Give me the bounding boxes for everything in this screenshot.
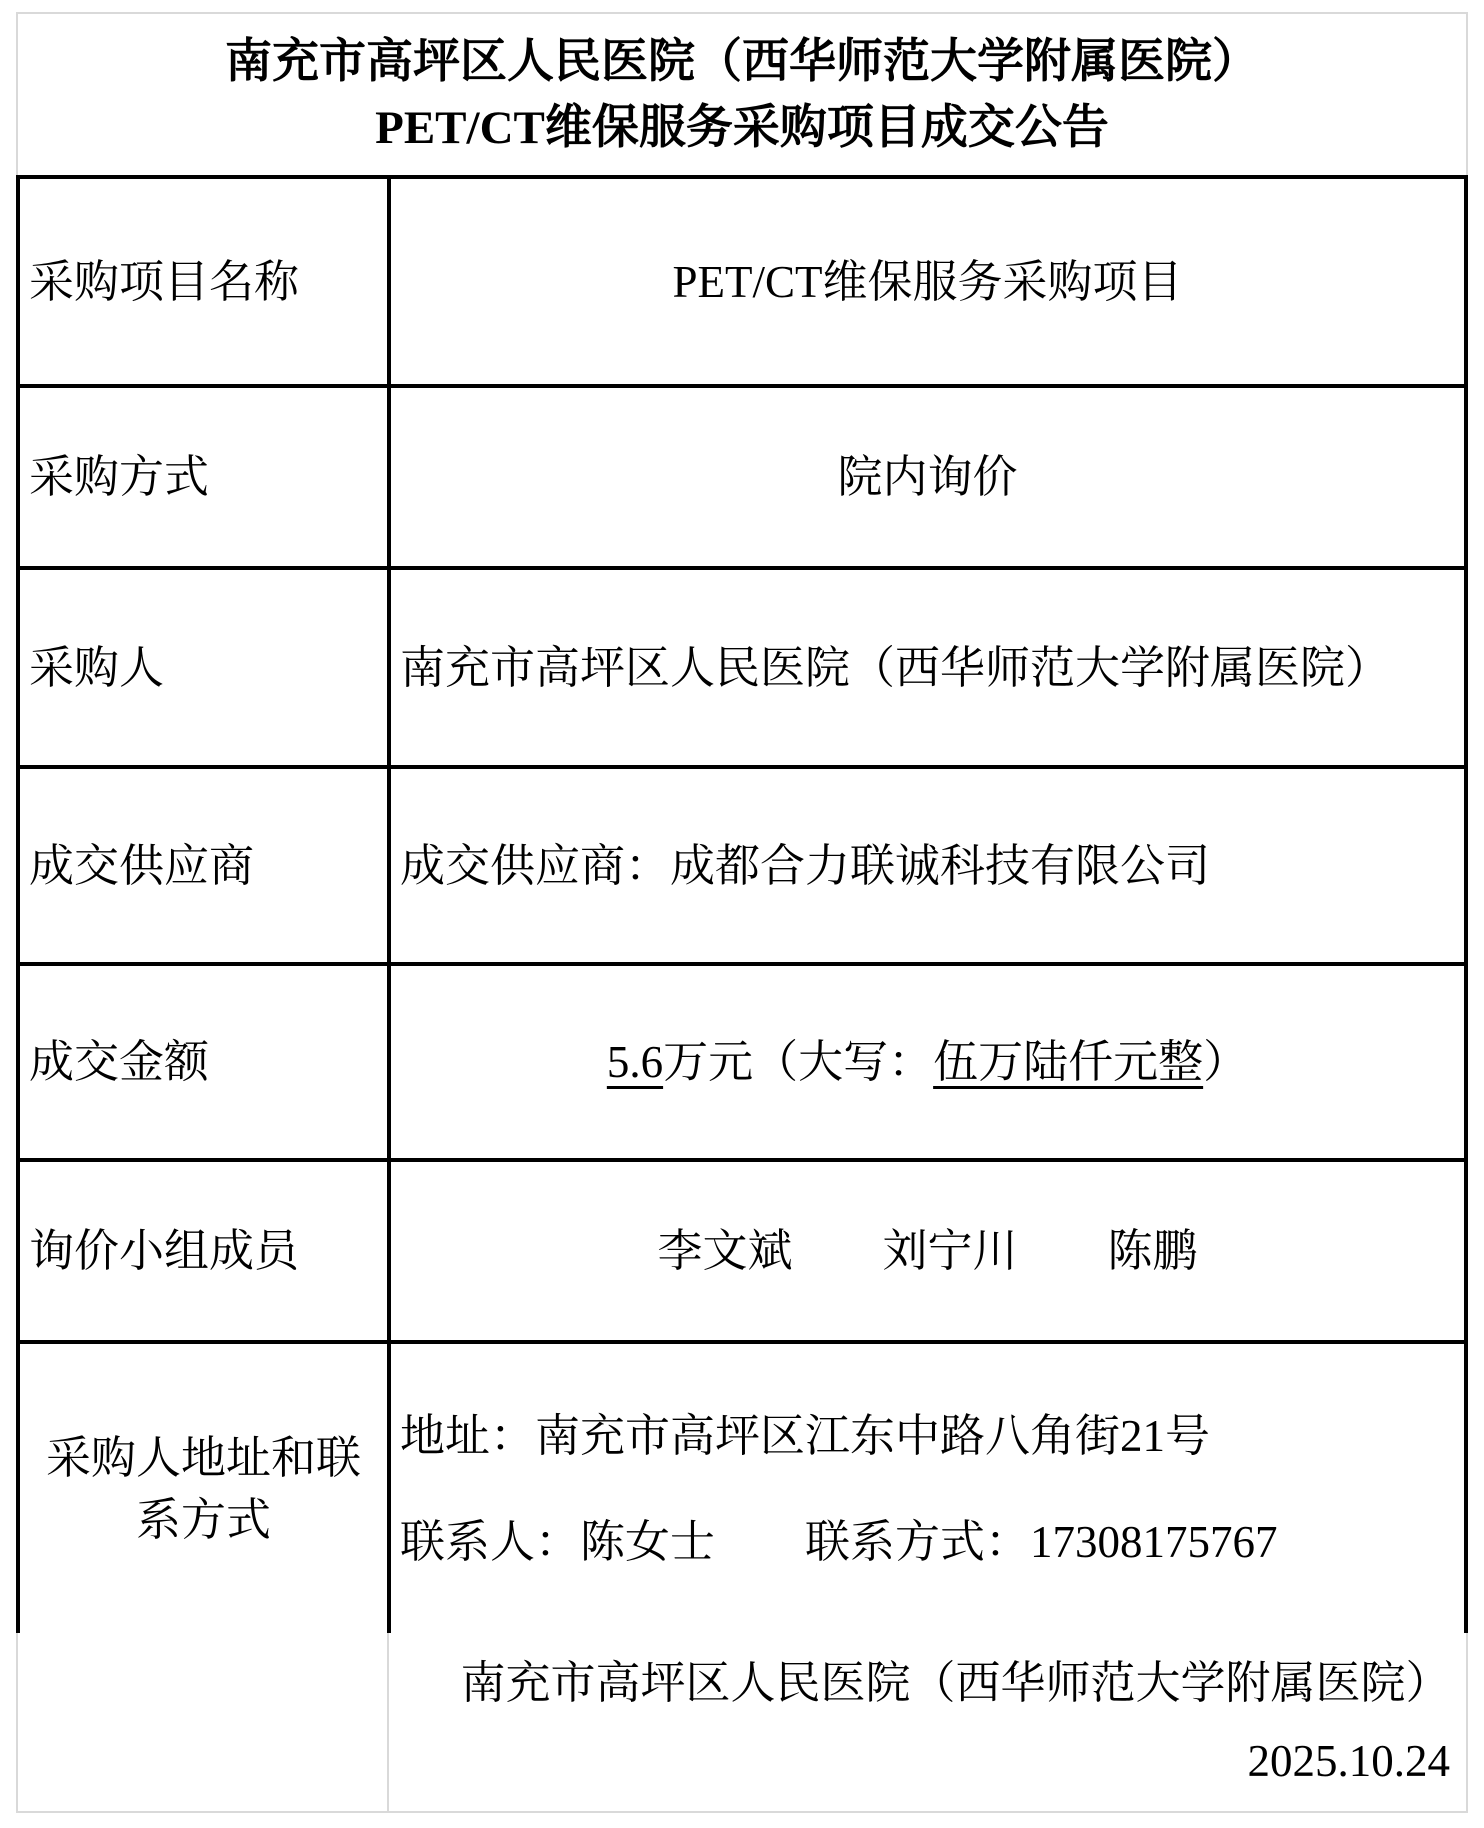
document-title-line-2: PET/CT维保服务采购项目成交公告 bbox=[375, 97, 1109, 159]
amount-capital-underlined: 伍万陆仟元整 bbox=[933, 1037, 1203, 1087]
signature-row: 南充市高坪区人民医院（西华师范大学附属医院） 2025.10.24 bbox=[16, 1633, 1468, 1813]
amount-closing-paren: ） bbox=[1203, 1037, 1248, 1087]
address-line: 地址：南充市高坪区江东中路八角街21号 bbox=[400, 1406, 1464, 1466]
signing-date: 2025.10.24 bbox=[389, 1731, 1466, 1791]
document-title: 南充市高坪区人民医院（西华师范大学附属医院） PET/CT维保服务采购项目成交公… bbox=[16, 12, 1468, 175]
procurement-announcement-document: 南充市高坪区人民医院（西华师范大学附属医院） PET/CT维保服务采购项目成交公… bbox=[0, 0, 1484, 1828]
amount-middle-text: 万元（大写： bbox=[663, 1037, 933, 1087]
document-title-line-1: 南充市高坪区人民医院（西华师范大学附属医院） bbox=[225, 31, 1259, 93]
row-label-award-amount: 成交金额 bbox=[18, 964, 389, 1160]
row-label-awarded-supplier: 成交供应商 bbox=[18, 767, 389, 964]
row-value-project-name: PET/CT维保服务采购项目 bbox=[389, 177, 1466, 386]
table-row-awarded-supplier: 成交供应商 成交供应商：成都合力联诚科技有限公司 bbox=[18, 767, 1466, 964]
address-contact-label-text: 采购人地址和联系方式 bbox=[39, 1427, 369, 1551]
row-value-awarded-supplier: 成交供应商：成都合力联诚科技有限公司 bbox=[389, 767, 1466, 964]
announcement-table: 采购项目名称 PET/CT维保服务采购项目 采购方式 院内询价 采购人 南充市高… bbox=[16, 175, 1468, 1637]
contact-line: 联系人：陈女士 联系方式：17308175767 bbox=[400, 1512, 1464, 1572]
table-row-procurement-method: 采购方式 院内询价 bbox=[18, 386, 1466, 568]
row-label-address-contact: 采购人地址和联系方式 bbox=[18, 1342, 389, 1635]
row-value-address-contact: 地址：南充市高坪区江东中路八角街21号 联系人：陈女士 联系方式：1730817… bbox=[389, 1342, 1466, 1635]
row-value-purchaser: 南充市高坪区人民医院（西华师范大学附属医院） bbox=[389, 568, 1466, 767]
row-label-purchaser: 采购人 bbox=[18, 568, 389, 767]
table-row-inquiry-team: 询价小组成员 李文斌 刘宁川 陈鹏 bbox=[18, 1160, 1466, 1342]
row-value-award-amount: 5.6万元（大写：伍万陆仟元整） bbox=[389, 964, 1466, 1160]
row-value-procurement-method: 院内询价 bbox=[389, 386, 1466, 568]
amount-number-underlined: 5.6 bbox=[607, 1037, 663, 1087]
signing-organization: 南充市高坪区人民医院（西华师范大学附属医院） bbox=[389, 1653, 1466, 1713]
signature-row-empty-cell bbox=[16, 1633, 387, 1813]
signature-row-content-cell: 南充市高坪区人民医院（西华师范大学附属医院） 2025.10.24 bbox=[387, 1633, 1468, 1813]
table-row-award-amount: 成交金额 5.6万元（大写：伍万陆仟元整） bbox=[18, 964, 1466, 1160]
table-row-address-contact: 采购人地址和联系方式 地址：南充市高坪区江东中路八角街21号 联系人：陈女士 联… bbox=[18, 1342, 1466, 1635]
row-value-inquiry-team: 李文斌 刘宁川 陈鹏 bbox=[389, 1160, 1466, 1342]
row-label-inquiry-team: 询价小组成员 bbox=[18, 1160, 389, 1342]
row-label-procurement-method: 采购方式 bbox=[18, 386, 389, 568]
table-row-purchaser: 采购人 南充市高坪区人民医院（西华师范大学附属医院） bbox=[18, 568, 1466, 767]
row-label-project-name: 采购项目名称 bbox=[18, 177, 389, 386]
table-row-project-name: 采购项目名称 PET/CT维保服务采购项目 bbox=[18, 177, 1466, 386]
